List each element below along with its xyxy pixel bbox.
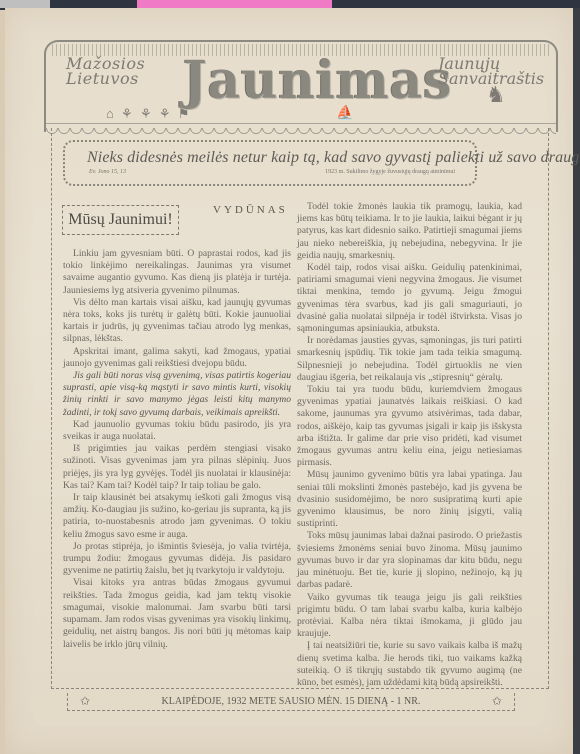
paragraph: Kodėl taip, rodos visai aišku. Geidulių … [297,262,522,335]
background-pink-object [137,0,332,8]
background-object [0,0,50,8]
background-edge [573,8,580,754]
paragraph: Ir norėdamas jausties gyvas, sąmoningas,… [297,335,522,384]
paragraph: Vis dėlto man kartais visai aišku, kad j… [63,297,291,346]
paragraph: Toks mūsų jaunimas labai dažnai pasirodo… [297,530,522,591]
paragraph: Mūsų jaunimo gyvenimo būtis yra labai yp… [297,469,522,530]
masthead-ground-line [46,123,556,124]
article-right-column: Todėl tokie žmonės laukia tik pramogų, l… [297,201,522,689]
star-icon: ✩ [492,694,502,709]
article-author: VYDŪNAS [213,204,288,216]
motto-box: Nieks didesnės meilės netur kaip tą, kad… [63,140,477,186]
motto-reference: Ev. Jono 15, 13 [89,169,126,175]
masthead-left-line2: Lietuvos [66,71,145,86]
paragraph: Visai kitoks yra antras būdas žmogaus gy… [63,577,291,650]
paragraph: Jo protas stiprėja, jo išmintis šviesėja… [63,541,291,578]
article-left-column: Linkiu jam gyvesniam būti. O paprastai r… [63,248,291,651]
paragraph: Apskritai imant, galima sakyti, kad žmog… [63,346,291,370]
article-title: Mūsų Jaunimui! [68,211,172,229]
paragraph: Tokiu tai yra tuodu būdu, kuriemdviem žm… [297,384,522,469]
paragraph: Iš prigimties jau vaikas perdėm stengias… [63,443,291,492]
paragraph: Kad jaunuolio gyvumas tokiu būdu pasirod… [63,419,291,443]
masthead: Mažosios Lietuvos Jaunimas Jaunųjų Sanva… [44,40,558,132]
footer-dateline: ✩ KLAIPĖDOJE, 1932 METE SAUSIO MĖN. 15 D… [67,693,515,711]
paragraph: Linkiu jam gyvesniam būti. O paprastai r… [63,248,291,297]
horse-rider-icon: ♞ [486,82,506,108]
article-title-box: Mūsų Jaunimui! [62,205,179,235]
paragraph: Ir taip klausinėt bei atsakymų ieškoti g… [63,492,291,541]
motto-text: Nieks didesnės meilės netur kaip tą, kad… [87,149,580,167]
paragraph: Vaiko gyvumas tik teauga jeigu jis gali … [297,592,522,641]
masthead-title: Jaunimas [183,49,452,111]
dateline-text: KLAIPĖDOJE, 1932 METE SAUSIO MĖN. 15 DIE… [162,696,421,707]
dancing-figures-icon: ⌂ ⚘ ⚘ ⚘ ⚑ [106,106,191,122]
paragraph: Į tai neatsižiūri tie, kurie su savo vai… [297,640,522,689]
paragraph: Todėl tokie žmonės laukia tik pramogų, l… [297,201,522,262]
motto-note: 1923 m. Sukilimo žygyje žuvusiųjų draugų… [325,169,455,175]
masthead-left-text: Mažosios Lietuvos [66,56,145,86]
star-icon: ✩ [80,694,90,709]
boat-icon: ⛵ [336,105,353,122]
paragraph-italic: Jis gali būti noras visą gyvenimą, visas… [63,370,291,419]
